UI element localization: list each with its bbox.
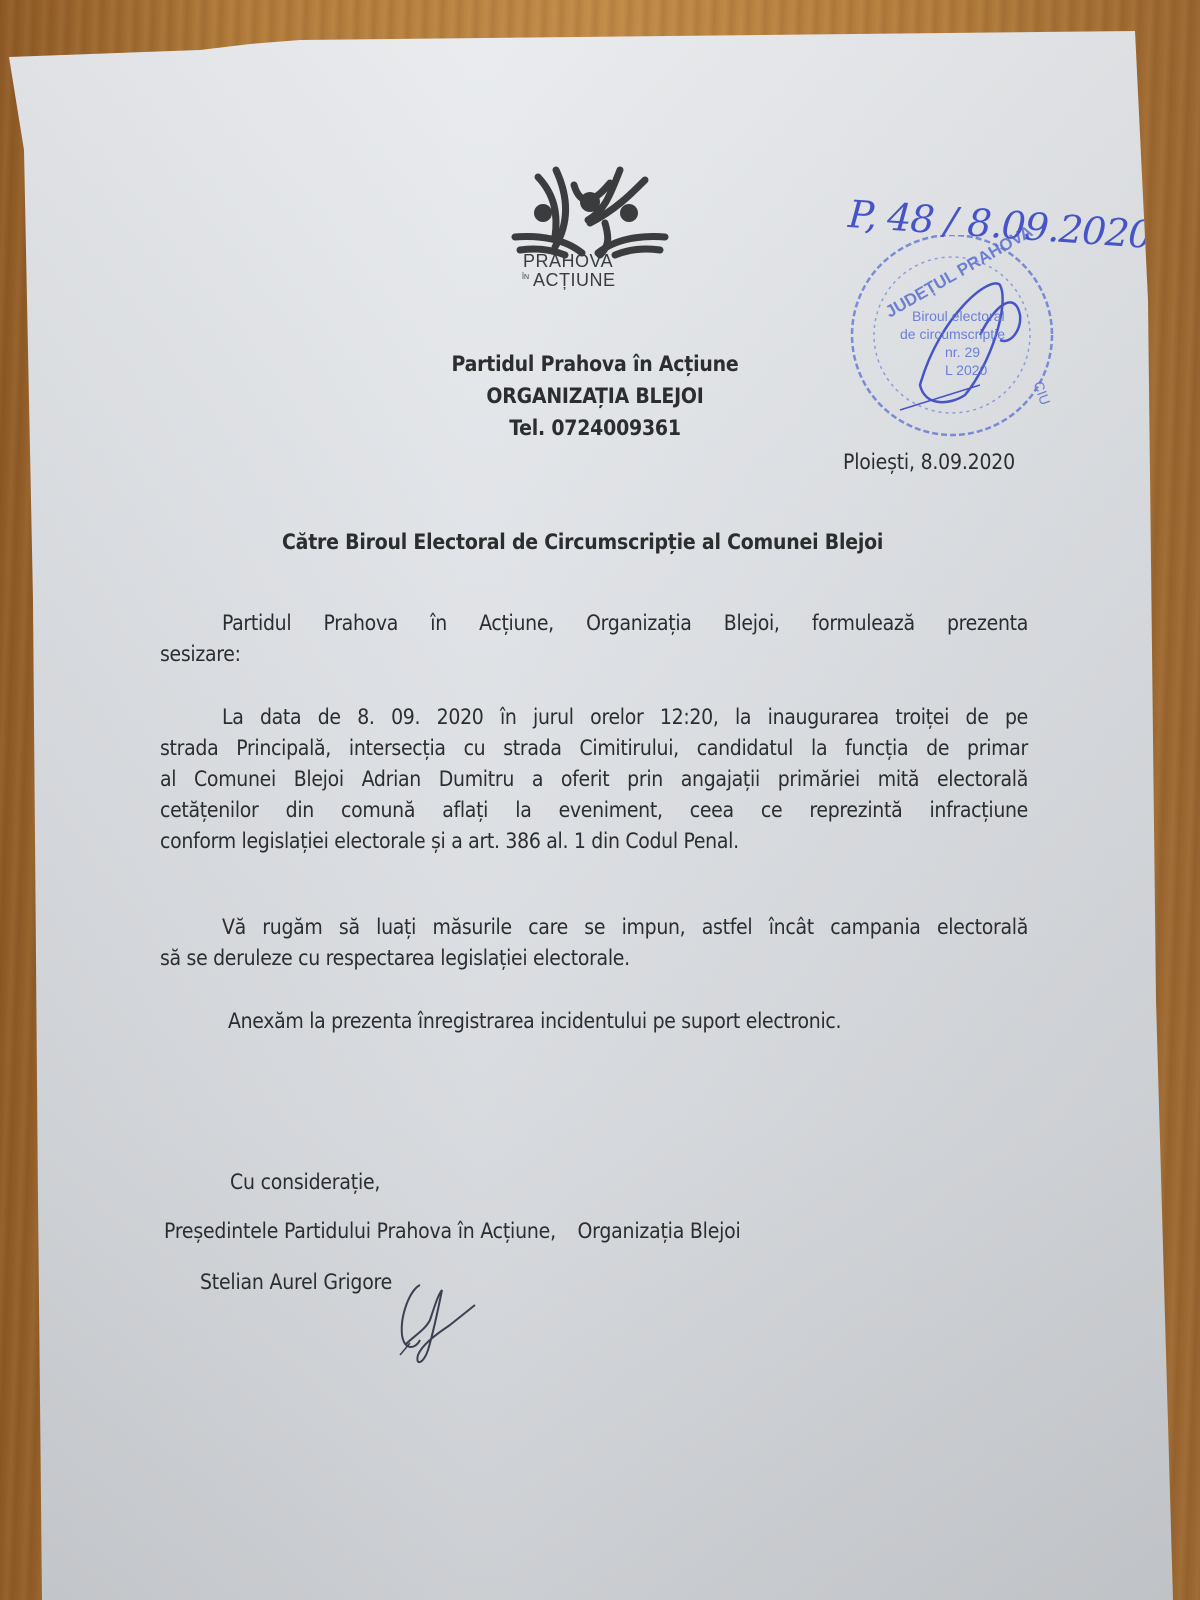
paragraph-line: Vă rugăm să luați măsurile care se impun…: [160, 912, 1028, 943]
paragraph-line: Partidul Prahova în Acțiune, Organizația…: [160, 608, 1028, 639]
paragraph-line: să se deruleze cu respectarea legislație…: [160, 943, 1028, 974]
paragraph-line: Anexăm la prezenta înregistrarea inciden…: [160, 1006, 1028, 1037]
place-date: Ploiești, 8.09.2020: [843, 450, 1015, 474]
paragraph-2: La data de 8. 09. 2020 în jurul orelor 1…: [160, 702, 1028, 857]
phone-number: Tel. 0724009361: [380, 416, 810, 440]
paragraph-line: strada Principală, intersecția cu strada…: [160, 733, 1028, 764]
paragraph-line: conform legislației electorale și a art.…: [160, 826, 1028, 857]
stamp-line-1: Biroul electoral: [912, 308, 1005, 324]
paragraph-line: La data de 8. 09. 2020 în jurul orelor 1…: [160, 702, 1028, 733]
signatory-title-part-2: Organizația Blejoi: [578, 1219, 741, 1243]
organization-name: ORGANIZAȚIA BLEJOI: [380, 384, 810, 408]
logo-subtitle-prefix: ÎN: [522, 274, 529, 281]
stamp-line-3: nr. 29: [945, 344, 980, 360]
logo-subtitle: ACȚIUNE: [533, 271, 616, 289]
letter-page: PRAHOVA ÎN ACȚIUNE Partidul Prahova în A…: [0, 0, 1200, 1600]
paragraph-1: Partidul Prahova în Acțiune, Organizația…: [160, 608, 1028, 670]
signatory-name: Stelian Aurel Grigore: [200, 1270, 392, 1294]
stamp-line-2: de circumscripție: [900, 326, 1005, 342]
addressee: Către Biroul Electoral de Circumscripție…: [282, 530, 883, 554]
closing-salutation: Cu considerație,: [230, 1170, 380, 1194]
paragraph-line: al Comunei Blejoi Adrian Dumitru a oferi…: [160, 764, 1028, 795]
paragraph-line: cetățenilor din comună aflați la evenime…: [160, 795, 1028, 826]
paragraph-3: Vă rugăm să luați măsurile care se impun…: [160, 912, 1028, 974]
paragraph-line: sesizare:: [160, 639, 1028, 670]
logo-title: PRAHOVA: [523, 252, 613, 270]
paragraph-4: Anexăm la prezenta înregistrarea inciden…: [160, 1006, 1028, 1037]
party-name: Partidul Prahova în Acțiune: [380, 352, 810, 376]
signatory-title: Președintele Partidului Prahova în Acțiu…: [164, 1219, 741, 1243]
stamp-line-4: L 2020: [945, 362, 987, 378]
signatory-title-part-1: Președintele Partidului Prahova în Acțiu…: [164, 1219, 556, 1243]
handwritten-signature-icon: [390, 1275, 490, 1375]
